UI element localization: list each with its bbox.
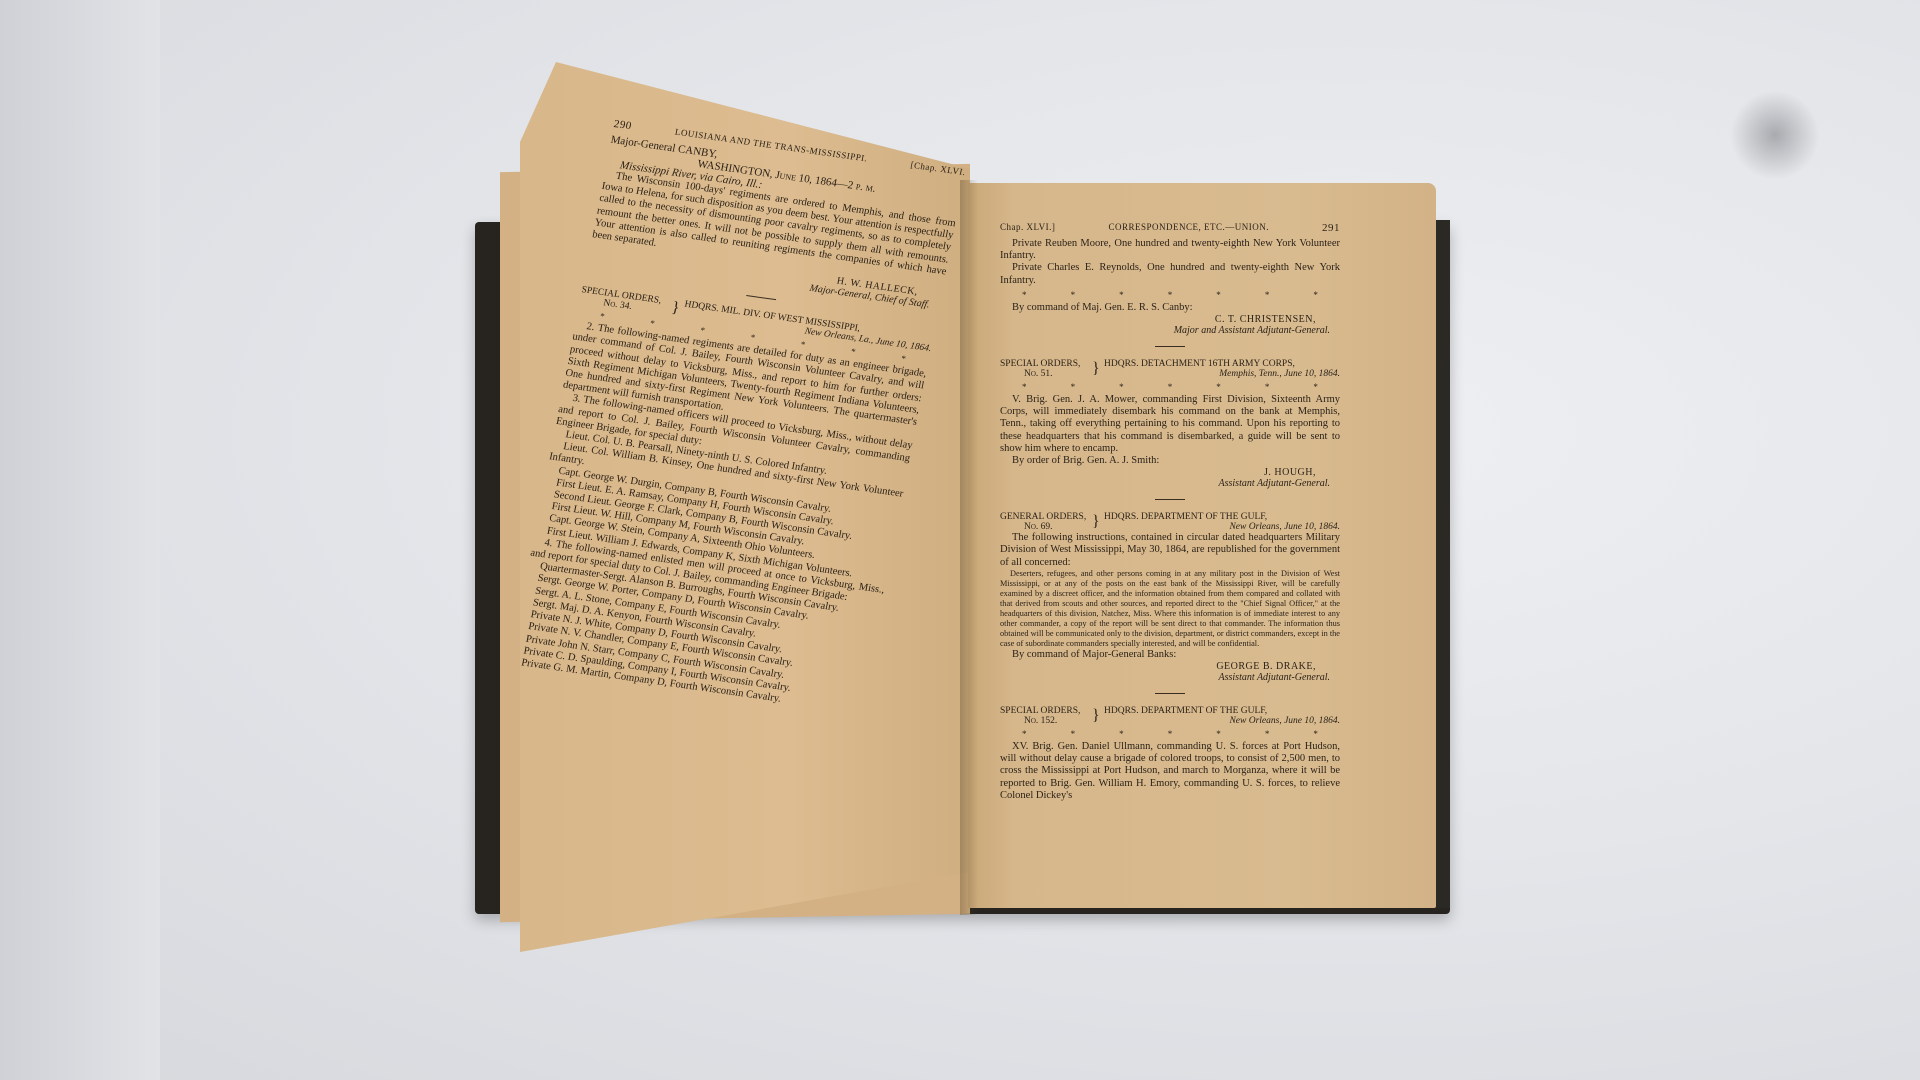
continued-entry: Private Reuben Moore, One hundred and tw… [1000,238,1340,262]
page-number: 290 [613,118,633,132]
section-rule [1155,693,1185,694]
by-order-line: By order of Brig. Gen. A. J. Smith: [1000,455,1340,467]
signature-drake: GEORGE B. DRAKE, Assistant Adjutant-Gene… [1000,661,1340,683]
right-page-content: Chap. XLVI.] CORRESPONDENCE, ETC.—UNION.… [1000,222,1340,802]
book-gutter [960,180,978,915]
quoted-circular: Deserters, refugees, and other persons c… [1000,569,1340,649]
signature-christensen: C. T. CHRISTENSEN, Major and Assistant A… [1000,314,1340,336]
order-heading: GENERAL ORDERS,No. 69. } HDQRS. DEPARTME… [1000,512,1340,532]
chapter-label: Chap. XLVI.] [1000,222,1055,234]
running-head: CORRESPONDENCE, ETC.—UNION. [1108,222,1269,234]
table-surface-left [0,0,160,1080]
section-rule [746,295,776,300]
order-heading: SPECIAL ORDERS,No. 152. } HDQRS. DEPARTM… [1000,706,1340,726]
elision-stars: ******* [1000,729,1340,739]
order-body: XV. Brig. Gen. Daniel Ullmann, commandin… [1000,741,1340,802]
order-heading: SPECIAL ORDERS,No. 51. } HDQRS. DETACHME… [1000,359,1340,379]
page-number: 291 [1322,222,1340,234]
elision-stars: ******* [1000,290,1340,300]
right-page-header: Chap. XLVI.] CORRESPONDENCE, ETC.—UNION.… [1000,222,1340,234]
section-rule [1155,346,1185,347]
elision-stars: ******* [1000,382,1340,392]
signature-hough: J. HOUGH, Assistant Adjutant-General. [1000,467,1340,489]
section-rule [1155,499,1185,500]
order-intro: The following instructions, contained in… [1000,532,1340,569]
background-shadow [1730,90,1820,180]
by-command-line: By command of Major-General Banks: [1000,649,1340,661]
command-line: By command of Maj. Gen. E. R. S. Canby: [1000,302,1340,314]
continued-entry: Private Charles E. Reynolds, One hundred… [1000,262,1340,286]
order-body: V. Brig. Gen. J. A. Mower, commanding Fi… [1000,394,1340,455]
